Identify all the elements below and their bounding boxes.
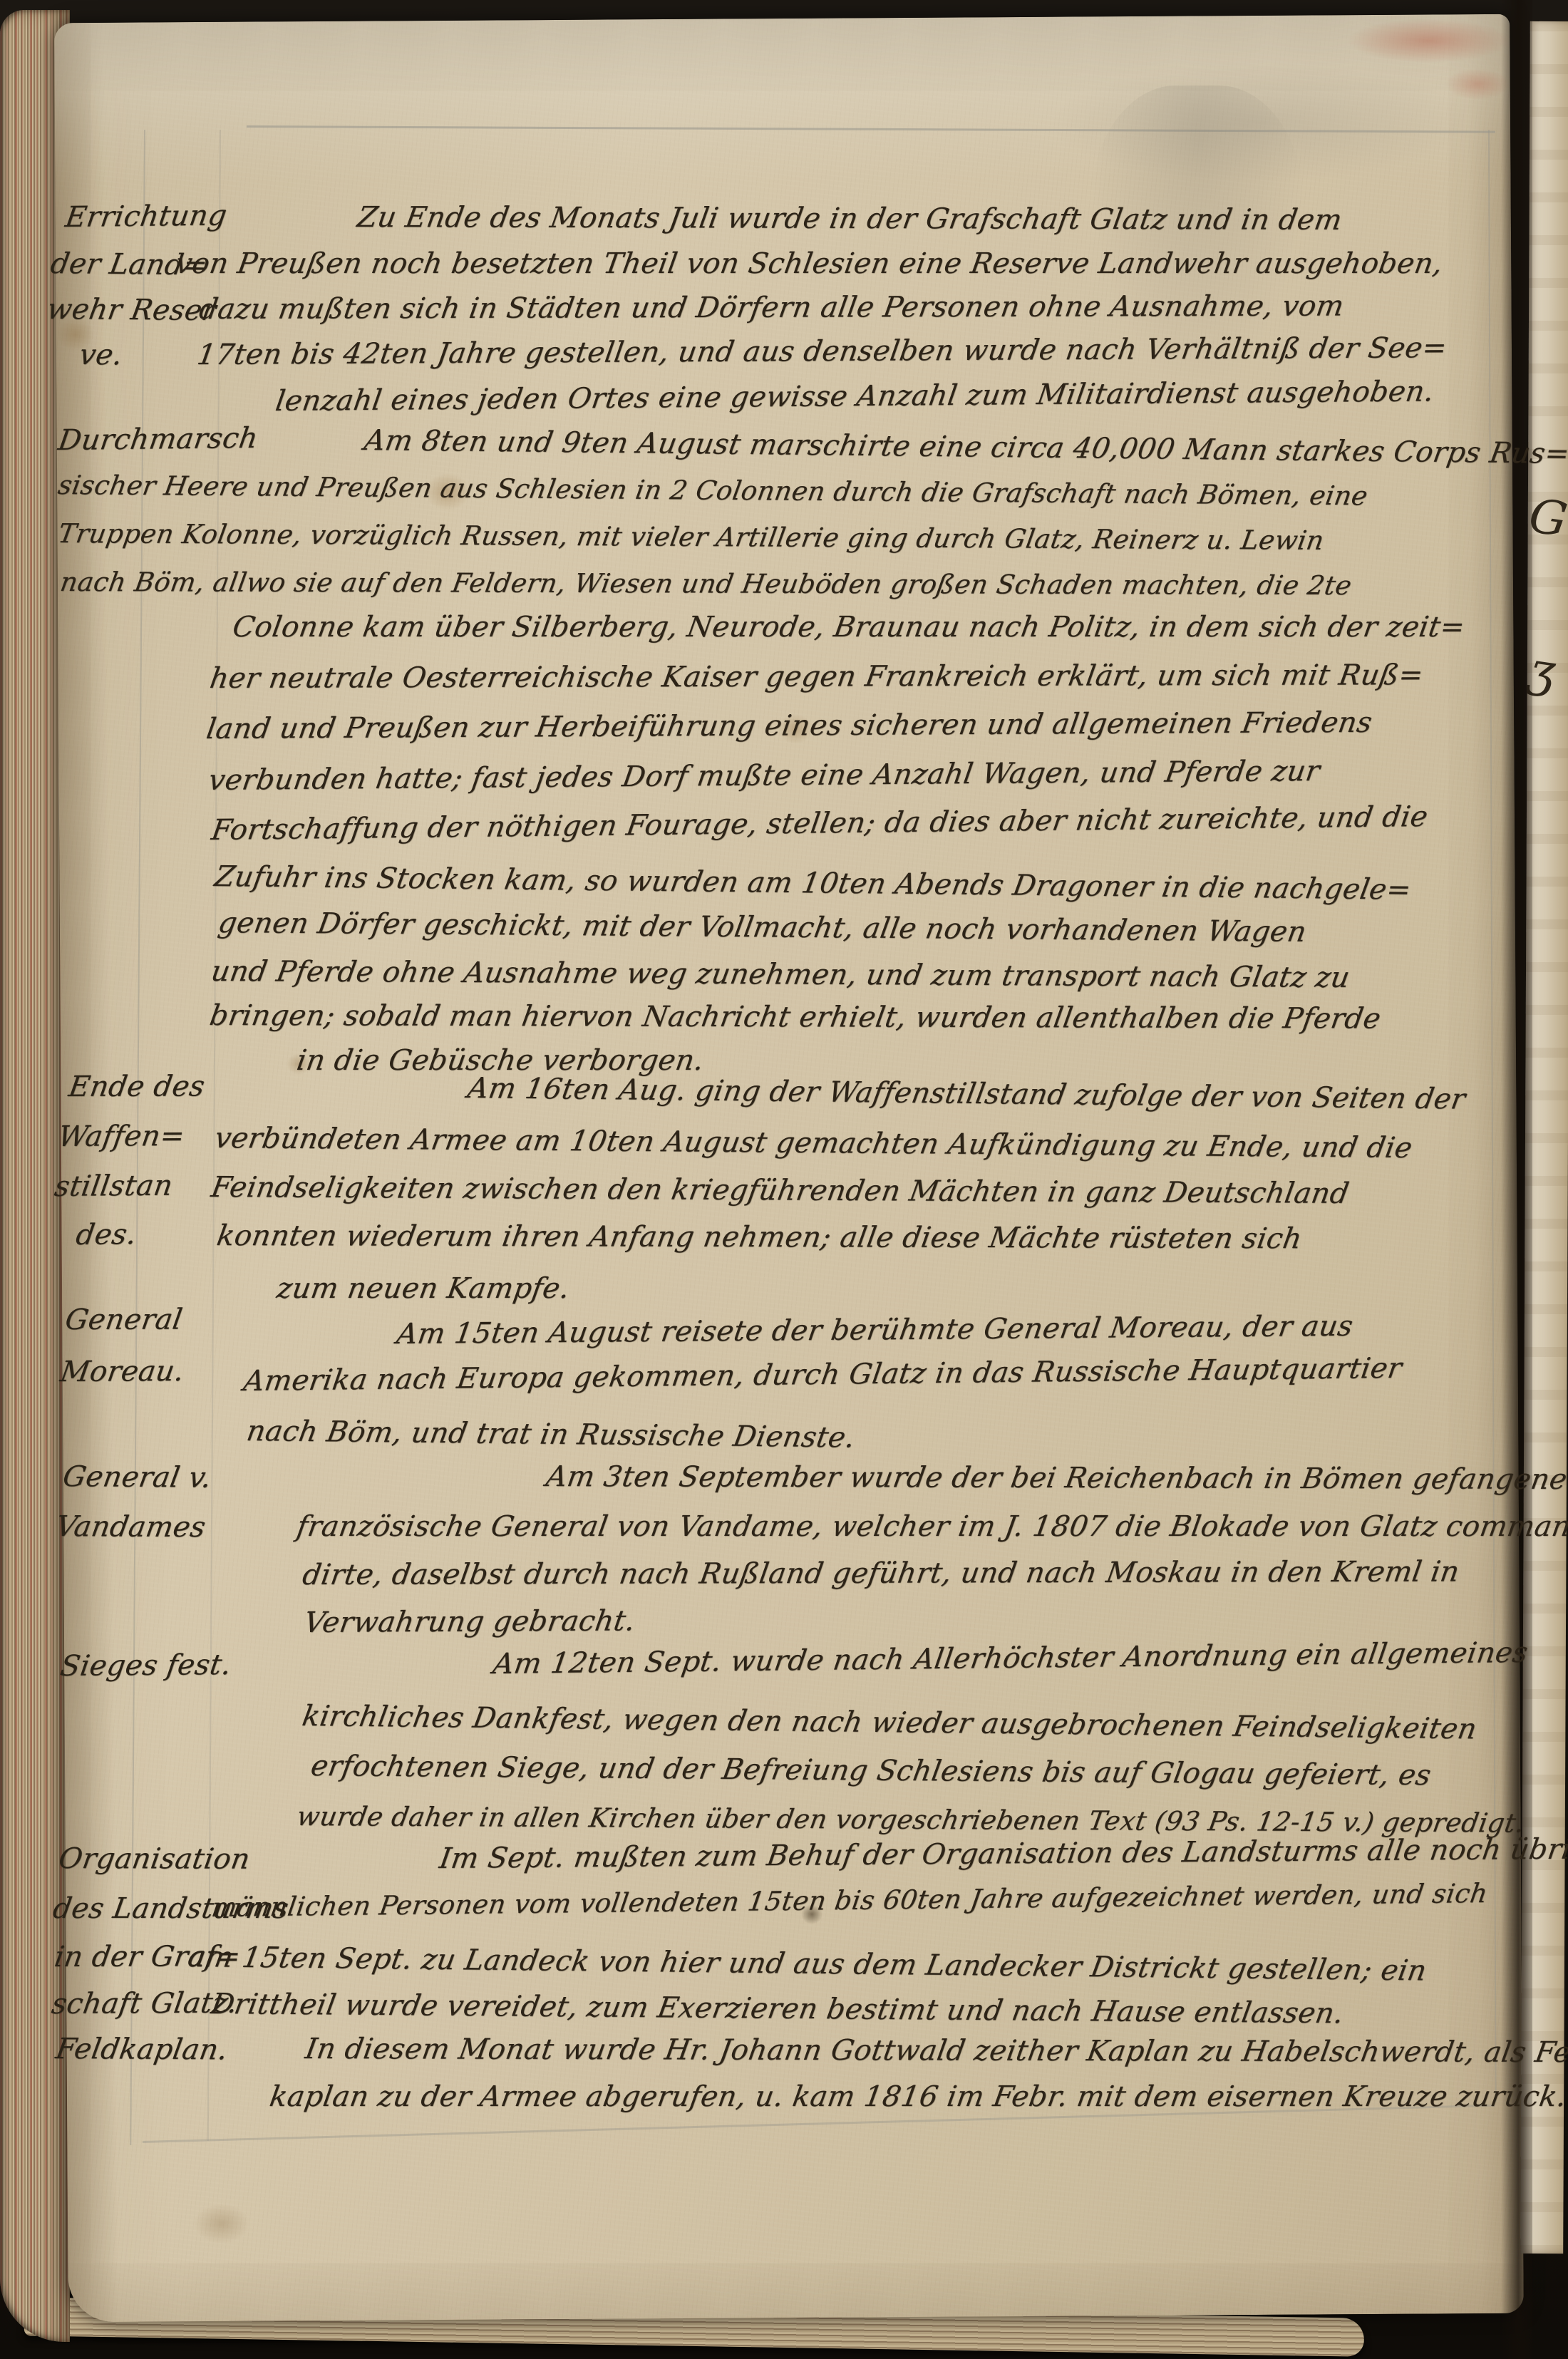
manuscript-line: genen Dörfer geschickt, mit der Vollmach… — [216, 909, 1309, 946]
manuscript-line: Im Sept. mußten zum Behuf der Organisati… — [438, 1834, 1568, 1873]
manuscript-line: Feindseligkeiten zwischen den kriegführe… — [209, 1173, 1351, 1208]
manuscript-line: von Preußen noch besetzten Theil von Sch… — [174, 249, 1445, 278]
manuscript-line: sischer Heere und Preußen aus Schlesien … — [56, 472, 1370, 509]
manuscript-line: männlichen Personen vom vollendeten 15te… — [210, 1880, 1490, 1921]
manuscript-line: kirchliches Dankfest, wegen den nach wie… — [300, 1702, 1479, 1743]
manuscript-line: Am 8ten und 9ten August marschirte eine … — [362, 426, 1568, 468]
manuscript-line: bringen; sobald man hiervon Nachricht er… — [208, 1001, 1383, 1033]
margin-note: stillstan — [53, 1172, 175, 1201]
manuscript-line: dazu mußten sich in Städten und Dörfern … — [197, 292, 1346, 324]
manuscript-line: zum neuen Kampfe. — [275, 1274, 572, 1303]
margin-note: des. — [74, 1220, 138, 1249]
margin-note: wehr Reser — [45, 295, 218, 325]
manuscript-line: nach Böm, allwo sie auf den Feldern, Wie… — [58, 569, 1353, 599]
margin-note: Durchmarsch — [56, 424, 259, 455]
manuscript-line: nach Böm, und trat in Russische Dienste. — [244, 1417, 857, 1452]
manuscript-line: Zu Ende des Monats Juli wurde in der Gra… — [356, 203, 1344, 234]
manuscript-line: Am 15ten August reisete der berühmte Gen… — [395, 1312, 1355, 1348]
margin-note: ve. — [77, 341, 125, 369]
manuscript-line: Am 12ten Sept. wurde nach Allerhöchster … — [491, 1638, 1530, 1678]
manuscript-line: am 15ten Sept. zu Landeck von hier und a… — [186, 1943, 1428, 1985]
book-photo-scene: Gʒ Errichtungder Land=wehr Reserve.Zu En… — [0, 0, 1568, 2359]
manuscript-line: Am 3ten September wurde der bei Reichenb… — [545, 1462, 1568, 1494]
manuscript-line: Drittheil wurde vereidet, zum Exerzieren… — [209, 1990, 1346, 2028]
manuscript-line: in die Gebüsche verborgen. — [295, 1046, 706, 1075]
manuscript-line: land und Preußen zur Herbeiführung eines… — [205, 708, 1374, 743]
manuscript-line: und Pferde ohne Ausnahme weg zunehmen, u… — [209, 957, 1351, 992]
manuscript-line: kaplan zu der Armee abgerufen, u. kam 18… — [268, 2082, 1568, 2111]
manuscript-line: her neutrale Oesterreichische Kaiser geg… — [208, 661, 1425, 693]
margin-note: General — [63, 1306, 185, 1334]
margin-note: Moreau. — [58, 1357, 186, 1386]
manuscript-line: Fortschaffung der nöthigen Fourage, stel… — [210, 802, 1430, 845]
margin-note: Waffen= — [56, 1122, 187, 1151]
margin-note: General v. — [61, 1462, 213, 1492]
manuscript-line: 17ten bis 42ten Jahre gestellen, und aus… — [195, 334, 1449, 369]
manuscript-line: Amerika nach Europa gekommen, durch Glat… — [242, 1354, 1404, 1395]
margin-note: Ende des — [67, 1072, 207, 1101]
manuscript-line: wurde daher in allen Kirchen über den vo… — [295, 1803, 1527, 1837]
margin-note: Errichtung — [63, 201, 229, 232]
manuscript-line: Colonne kam über Silberberg, Neurode, Br… — [231, 613, 1467, 641]
handwriting-layer: Errichtungder Land=wehr Reserve.Zu Ende … — [0, 0, 1568, 2359]
manuscript-line: konnten wiederum ihren Anfang nehmen; al… — [215, 1222, 1304, 1253]
margin-note: Vandames — [53, 1512, 207, 1542]
manuscript-line: Verwahrung gebracht. — [302, 1606, 637, 1637]
manuscript-line: verbündeten Armee am 10ten August gemach… — [212, 1124, 1414, 1162]
manuscript-line: In diesem Monat wurde Hr. Johann Gottwal… — [304, 2035, 1568, 2067]
manuscript-line: erfochtenen Siege, und der Befreiung Sch… — [309, 1752, 1433, 1790]
manuscript-line: dirte, daselbst durch nach Rußland gefüh… — [301, 1557, 1462, 1589]
margin-note: Sieges fest. — [58, 1651, 233, 1681]
margin-note: Feldkaplan. — [53, 2035, 229, 2064]
manuscript-line: verbunden hatte; fast jedes Dorf mußte e… — [207, 757, 1322, 795]
margin-note: Organisation — [57, 1844, 252, 1874]
manuscript-line: lenzahl eines jeden Ortes eine gewisse A… — [274, 377, 1436, 415]
manuscript-line: französische General von Vandame, welche… — [295, 1512, 1568, 1541]
manuscript-line: Am 16ten Aug. ging der Waffenstillstand … — [465, 1074, 1468, 1114]
manuscript-line: Zufuhr ins Stocken kam, so wurden am 10t… — [212, 862, 1413, 904]
manuscript-line: Truppen Kolonne, vorzüglich Russen, mit … — [56, 520, 1326, 554]
